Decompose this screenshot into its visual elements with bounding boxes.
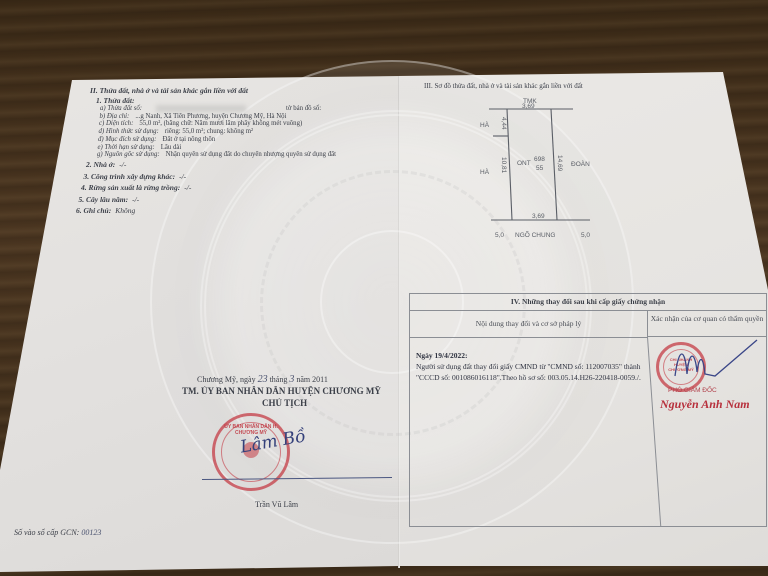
parcel-detail-line: c) Diện tích:55,0 m², (bằng chữ: Năm mươ… (99, 120, 302, 127)
parcel-detail-line: d) Hình thức sử dụng:riêng: 55,0 m²; chu… (99, 128, 254, 135)
detail-label: e) Thời hạn sử dụng: (98, 144, 155, 151)
left-neighbor-lower: HÀ (480, 167, 490, 176)
land-plot-diagram: TMK 3,69 3,69 HÀ HÀ ĐOÀN ONT 698 55 4,44… (455, 95, 645, 255)
page-fold (398, 76, 400, 568)
month-label: tháng (270, 375, 288, 384)
bottom-width-label: 3,69 (532, 213, 545, 220)
asset-value: -/- (179, 172, 186, 181)
change-content: Người sử dụng đất thay đổi giấy CMND từ … (416, 361, 646, 383)
detail-label: đ) Mục đích sử dụng: (98, 136, 156, 143)
asset-item: 5. Cây lâu năm:-/- (79, 195, 140, 204)
issue-year: năm 2011 (296, 375, 327, 384)
registry-number-line: Số vào sổ cấp GCN: 00123 (14, 528, 101, 537)
redacted-area (156, 105, 246, 112)
parcel-area: 55 (536, 165, 544, 172)
item1-title: 1. Thửa đất: (96, 96, 134, 105)
changes-table: IV. Những thay đổi sau khi cấp giấy chứn… (409, 293, 767, 527)
detail-value: Nhận quyền sử dụng đất do chuyển nhượng … (166, 151, 336, 158)
signer-title: PHÓ GIÁM ĐỐC (668, 387, 717, 394)
detail-value: ...g Nanh, Xã Tiên Phương, huyện Chương … (135, 113, 286, 120)
signer-name: Trần Vũ Lâm (255, 500, 298, 509)
asset-item: 2. Nhà ở:-/- (86, 160, 126, 169)
section-iii-title: III. Sơ đồ thửa đất, nhà ở và tài sản kh… (424, 82, 583, 90)
left-neighbor-upper: HÀ (480, 120, 490, 129)
asset-label: 5. Cây lâu năm: (79, 195, 129, 204)
asset-label: 4. Rừng sản xuất là rừng trồng: (81, 183, 180, 192)
left-upper-length: 4,44 (500, 117, 507, 130)
detail-label: d) Hình thức sử dụng: (99, 128, 159, 135)
col-header-confirmation: Xác nhận của cơ quan có thẩm quyền (648, 311, 766, 337)
parcel-detail-line: đ) Mục đích sử dụng:Đất ở tại nông thôn (98, 136, 215, 143)
asset-item: 3. Công trình xây dựng khác:-/- (84, 172, 187, 181)
detail-label: b) Địa chỉ: (100, 113, 130, 120)
asset-item: 4. Rừng sản xuất là rừng trồng:-/- (81, 183, 191, 192)
registry-number: 00123 (81, 528, 101, 537)
parcel-detail-line: e) Thời hạn sử dụng:Lâu dài (98, 144, 182, 151)
top-width-label: 3,69 (522, 103, 535, 110)
parcel-detail-line: b) Địa chỉ:...g Nanh, Xã Tiên Phương, hu… (100, 113, 287, 120)
issue-place: Chương Mỹ, ngày (197, 375, 256, 384)
map-sheet-label: tờ bản đồ số: (286, 105, 321, 112)
issue-day: 23 (258, 374, 268, 385)
asset-value: Không (115, 206, 135, 215)
detail-value: riêng: 55,0 m²; chung: không m² (165, 128, 253, 135)
detail-label: c) Diện tích: (99, 120, 133, 127)
asset-label: 6. Ghi chú: (76, 206, 111, 215)
detail-label: g) Nguồn gốc sử dụng: (97, 151, 160, 158)
road-right-width: 5,0 (581, 232, 590, 239)
left-lower-length: 10,81 (500, 157, 507, 174)
right-neighbor-label: ĐOÀN (571, 159, 590, 168)
registry-label: Số vào sổ cấp GCN: (14, 528, 79, 537)
section-ii-title: II. Thửa đất, nhà ở và tài sản khác gắn … (90, 86, 248, 95)
road-label: NGÕ CHUNG (515, 230, 555, 239)
issuing-authority: TM. ỦY BAN NHÂN DÂN HUYỆN CHƯƠNG MỸ (182, 386, 381, 396)
asset-item: 6. Ghi chú:Không (76, 206, 135, 215)
asset-value: -/- (132, 195, 139, 204)
detail-value: Lâu dài (161, 144, 182, 151)
road-left-width: 5,0 (495, 232, 504, 239)
section-iv-title: IV. Những thay đổi sau khi cấp giấy chứn… (410, 294, 766, 311)
asset-value: -/- (119, 160, 126, 169)
detail-value: 55,0 m², (bằng chữ: Năm mươi lăm phẩy kh… (139, 120, 302, 127)
parcel-detail-line: g) Nguồn gốc sử dụng:Nhận quyền sử dụng … (97, 151, 336, 158)
issue-month: 3 (289, 374, 294, 385)
parcel-code: ONT (517, 160, 531, 167)
parcel-number: 698 (534, 156, 545, 163)
parcel-detail-line: a) Thửa đất số:tờ bản đồ số: (100, 105, 321, 112)
change-date: Ngày 19/4/2022: (416, 350, 646, 361)
detail-value: Đất ở tại nông thôn (162, 136, 215, 143)
asset-value: -/- (184, 183, 191, 192)
change-entry: Ngày 19/4/2022: Người sử dụng đất thay đ… (416, 350, 646, 383)
col-header-content: Nội dung thay đổi và cơ sở pháp lý (410, 311, 648, 338)
authority-position: CHỦ TỊCH (262, 398, 307, 408)
issue-date-line: Chương Mỹ, ngày 23 tháng 3 năm 2011 (197, 374, 328, 385)
asset-label: 2. Nhà ở: (86, 160, 115, 169)
right-length: 14,69 (556, 155, 563, 172)
deputy-signature (665, 336, 765, 386)
detail-label: a) Thửa đất số: (100, 105, 142, 112)
deputy-signer-name: Nguyễn Anh Nam (660, 397, 750, 412)
asset-label: 3. Công trình xây dựng khác: (84, 172, 176, 181)
